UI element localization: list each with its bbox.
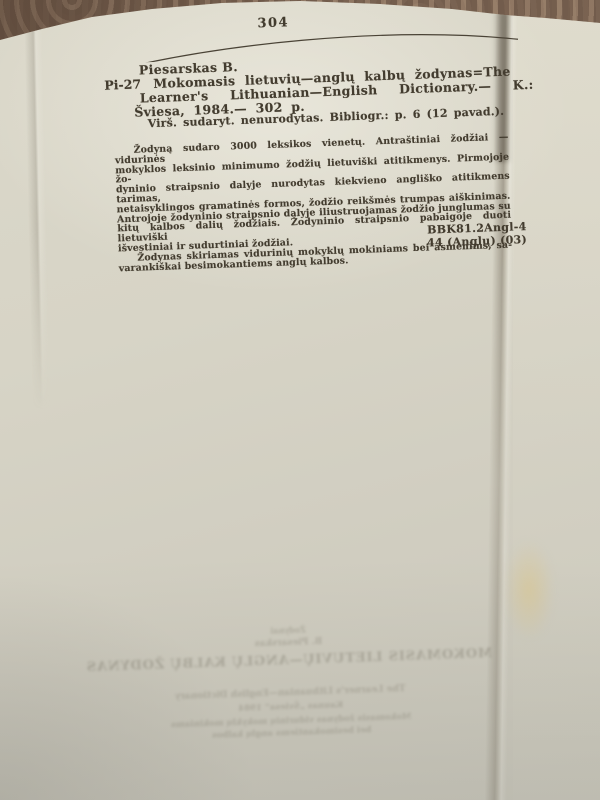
printed-content: 304 Piesarskas B. Pi-27 Mokomasis lietuv… bbox=[95, 3, 528, 288]
entry-shelf-code: Pi-27 bbox=[104, 76, 141, 92]
book-page: 304 Piesarskas B. Pi-27 Mokomasis lietuv… bbox=[0, 0, 600, 800]
photo-of-book-page: 304 Piesarskas B. Pi-27 Mokomasis lietuv… bbox=[0, 0, 600, 800]
bleed-through-mirrored-block: Žodynai B. Piesarskas MOKOMASIS LIETUVIŲ… bbox=[67, 592, 513, 777]
bleed-through-text: Žodynai B. Piesarskas MOKOMASIS LIETUVIŲ… bbox=[67, 592, 513, 777]
